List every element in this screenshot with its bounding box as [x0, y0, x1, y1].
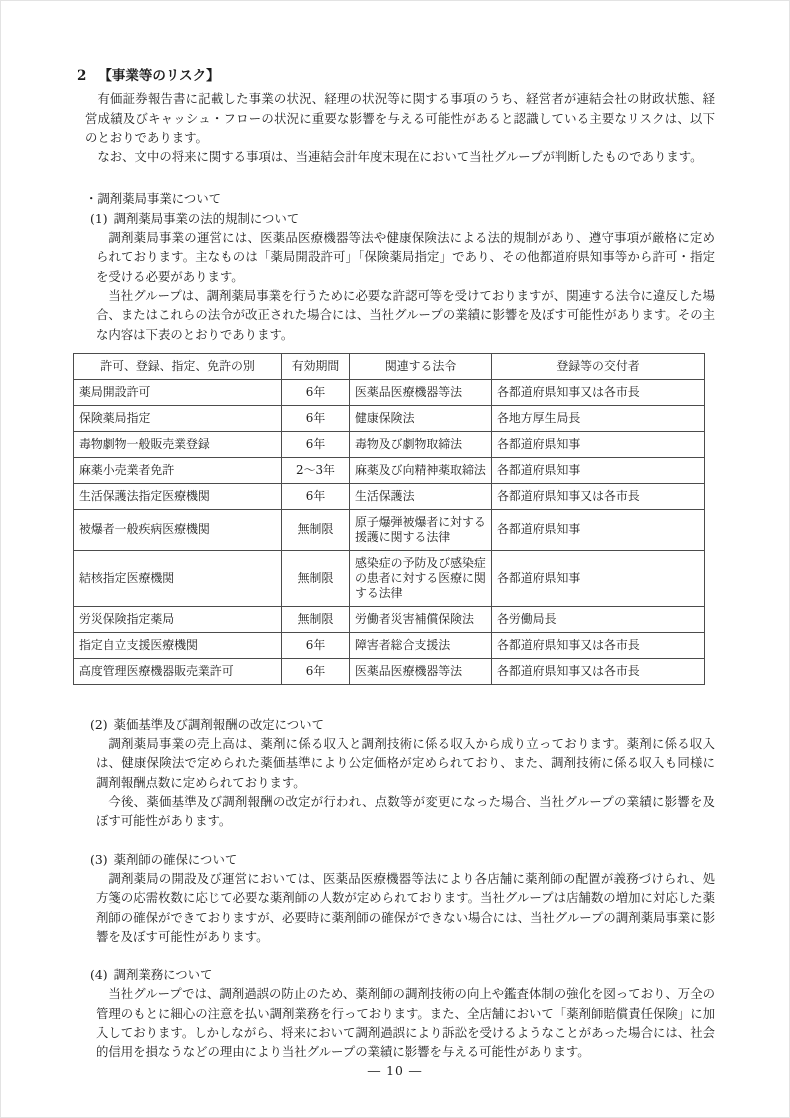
cell-license-type: 薬局開設許可	[74, 379, 282, 405]
cell-validity-period: 6年	[282, 483, 350, 509]
cell-license-type: 高度管理医療機器販売業許可	[74, 658, 282, 684]
cell-related-law: 医薬品医療機器等法	[350, 658, 492, 684]
risk-section-1-paragraph-1: 調剤薬局事業の運営には、医薬品医療機器等法や健康保険法による法的規制があり、遵守…	[96, 228, 715, 286]
risk-section-3-title: 薬剤師の確保について	[114, 852, 238, 867]
cell-related-law: 健康保険法	[350, 405, 492, 431]
section-heading-number: 2	[77, 68, 86, 84]
cell-license-type: 毒物劇物一般販売業登録	[74, 431, 282, 457]
cell-issuer: 各労働局長	[492, 606, 705, 632]
table-row: 保険薬局指定 6年 健康保険法 各地方厚生局長	[74, 405, 705, 431]
section-heading: 2【事業等のリスク】	[77, 67, 715, 86]
cell-validity-period: 無制限	[282, 550, 350, 606]
table-row: 毒物劇物一般販売業登録 6年 毒物及び劇物取締法 各都道府県知事	[74, 431, 705, 457]
cell-license-type: 労災保険指定薬局	[74, 606, 282, 632]
cell-validity-period: 2～3年	[282, 457, 350, 483]
risk-section-2-body: 調剤薬局事業の売上高は、薬剤に係る収入と調剤技術に係る収入から成り立っております…	[96, 734, 715, 830]
page-number: ― 10 ―	[368, 1063, 422, 1078]
cell-related-law: 毒物及び劇物取締法	[350, 431, 492, 457]
risk-section-2-heading: (2)薬価基準及び調剤報酬の改定について	[90, 715, 715, 734]
table-row: 高度管理医療機器販売業許可 6年 医薬品医療機器等法 各都道府県知事又は各市長	[74, 658, 705, 684]
cell-license-type: 指定自立支援医療機関	[74, 632, 282, 658]
cell-license-type: 保険薬局指定	[74, 405, 282, 431]
risk-section-4-number: (4)	[90, 967, 108, 982]
risk-section-4: (4)調剤業務について 当社グループでは、調剤過誤の防止のため、薬剤師の調剤技術…	[85, 965, 715, 1061]
table-row: 結核指定医療機関 無制限 感染症の予防及び感染症 の患者に対する医療に関 する法…	[74, 550, 705, 606]
cell-related-law: 障害者総合支援法	[350, 632, 492, 658]
cell-license-type: 結核指定医療機関	[74, 550, 282, 606]
table-row: 麻薬小売業者免許 2～3年 麻薬及び向精神薬取締法 各都道府県知事	[74, 457, 705, 483]
cell-validity-period: 無制限	[282, 509, 350, 550]
cell-validity-period: 無制限	[282, 606, 350, 632]
risk-section-2-paragraph-2: 今後、薬価基準及び調剤報酬の改定が行われ、点数等が変更になった場合、当社グループ…	[96, 792, 715, 831]
risk-section-3-number: (3)	[90, 852, 108, 867]
page-content: 2【事業等のリスク】 有価証券報告書に記載した事業の状況、経理の状況等に関する事…	[1, 1, 789, 1062]
risk-section-3-heading: (3)薬剤師の確保について	[90, 850, 715, 869]
cell-license-type: 被爆者一般疾病医療機関	[74, 509, 282, 550]
cell-validity-period: 6年	[282, 405, 350, 431]
risk-section-2-number: (2)	[90, 717, 108, 732]
risk-section-1: (1)調剤薬局事業の法的規制について 調剤薬局事業の運営には、医薬品医療機器等法…	[85, 209, 715, 344]
col-header-validity-period: 有効期間	[282, 353, 350, 379]
col-header-related-law: 関連する法令	[350, 353, 492, 379]
cell-validity-period: 6年	[282, 431, 350, 457]
risk-section-4-body: 当社グループでは、調剤過誤の防止のため、薬剤師の調剤技術の向上や鑑査体制の強化を…	[96, 984, 715, 1061]
cell-related-law: 原子爆弾被爆者に対する 援護に関する法律	[350, 509, 492, 550]
risk-section-2-paragraph-1: 調剤薬局事業の売上高は、薬剤に係る収入と調剤技術に係る収入から成り立っております…	[96, 734, 715, 792]
cell-issuer: 各都道府県知事	[492, 550, 705, 606]
cell-issuer: 各都道府県知事	[492, 509, 705, 550]
risk-section-3-paragraph-1: 調剤薬局の開設及び運営においては、医薬品医療機器等法により各店舗に薬剤師の配置が…	[96, 869, 715, 946]
risk-section-1-paragraph-2: 当社グループは、調剤薬局事業を行うために必要な許認可等を受けておりますが、関連す…	[96, 286, 715, 344]
document-page: 2【事業等のリスク】 有価証券報告書に記載した事業の状況、経理の状況等に関する事…	[0, 0, 790, 1118]
cell-issuer: 各都道府県知事又は各市長	[492, 379, 705, 405]
table-row: 生活保護法指定医療機関 6年 生活保護法 各都道府県知事又は各市長	[74, 483, 705, 509]
table-row: 指定自立支援医療機関 6年 障害者総合支援法 各都道府県知事又は各市長	[74, 632, 705, 658]
license-table-header-row: 許可、登録、指定、免許の別 有効期間 関連する法令 登録等の交付者	[74, 353, 705, 379]
intro-paragraph-1: 有価証券報告書に記載した事業の状況、経理の状況等に関する事項のうち、経営者が連結…	[85, 89, 715, 147]
table-row: 労災保険指定薬局 無制限 労働者災害補償保険法 各労働局長	[74, 606, 705, 632]
cell-issuer: 各都道府県知事又は各市長	[492, 632, 705, 658]
cell-license-type: 麻薬小売業者免許	[74, 457, 282, 483]
cell-issuer: 各地方厚生局長	[492, 405, 705, 431]
cell-related-law: 感染症の予防及び感染症 の患者に対する医療に関 する法律	[350, 550, 492, 606]
col-header-issuer: 登録等の交付者	[492, 353, 705, 379]
table-row: 薬局開設許可 6年 医薬品医療機器等法 各都道府県知事又は各市長	[74, 379, 705, 405]
cell-related-law: 生活保護法	[350, 483, 492, 509]
cell-related-law: 医薬品医療機器等法	[350, 379, 492, 405]
cell-validity-period: 6年	[282, 632, 350, 658]
table-row: 被爆者一般疾病医療機関 無制限 原子爆弾被爆者に対する 援護に関する法律 各都道…	[74, 509, 705, 550]
risk-section-1-title: 調剤薬局事業の法的規制について	[114, 211, 300, 226]
risk-section-2-title: 薬価基準及び調剤報酬の改定について	[114, 717, 324, 732]
license-table: 許可、登録、指定、免許の別 有効期間 関連する法令 登録等の交付者 薬局開設許可…	[73, 353, 705, 685]
risk-section-4-title: 調剤業務について	[114, 967, 213, 982]
risk-section-3-body: 調剤薬局の開設及び運営においては、医薬品医療機器等法により各店舗に薬剤師の配置が…	[96, 869, 715, 946]
cell-issuer: 各都道府県知事又は各市長	[492, 658, 705, 684]
page-footer: ― 10 ―	[1, 1063, 789, 1078]
risk-section-1-number: (1)	[90, 211, 108, 226]
risk-section-4-heading: (4)調剤業務について	[90, 965, 715, 984]
cell-validity-period: 6年	[282, 379, 350, 405]
risk-section-1-heading: (1)調剤薬局事業の法的規制について	[90, 209, 715, 228]
risk-section-2: (2)薬価基準及び調剤報酬の改定について 調剤薬局事業の売上高は、薬剤に係る収入…	[85, 715, 715, 831]
cell-validity-period: 6年	[282, 658, 350, 684]
risk-section-4-paragraph-1: 当社グループでは、調剤過誤の防止のため、薬剤師の調剤技術の向上や鑑査体制の強化を…	[96, 984, 715, 1061]
section-heading-title: 【事業等のリスク】	[98, 68, 219, 84]
col-header-license-type: 許可、登録、指定、免許の別	[74, 353, 282, 379]
cell-issuer: 各都道府県知事	[492, 457, 705, 483]
cell-related-law: 麻薬及び向精神薬取締法	[350, 457, 492, 483]
risk-section-1-body: 調剤薬局事業の運営には、医薬品医療機器等法や健康保険法による法的規制があり、遵守…	[96, 228, 715, 344]
cell-related-law: 労働者災害補償保険法	[350, 606, 492, 632]
cell-issuer: 各都道府県知事又は各市長	[492, 483, 705, 509]
intro-paragraph-2: なお、文中の将来に関する事項は、当連結会計年度末現在において当社グループが判断し…	[85, 147, 715, 166]
risk-section-3: (3)薬剤師の確保について 調剤薬局の開設及び運営においては、医薬品医療機器等法…	[85, 850, 715, 946]
cell-license-type: 生活保護法指定医療機関	[74, 483, 282, 509]
cell-issuer: 各都道府県知事	[492, 431, 705, 457]
business-category-bullet: ・調剤薬局事業について	[85, 189, 715, 208]
